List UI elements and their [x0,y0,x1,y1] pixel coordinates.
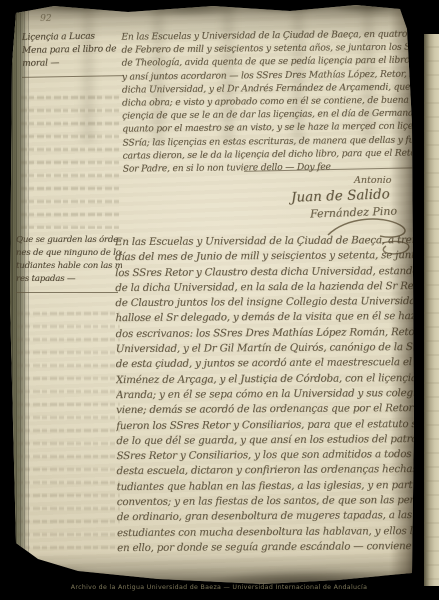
entry-1-text: En las Escuelas y Universidad de la Çiud… [121,27,423,175]
adjacent-page-sliver [424,34,439,586]
margin-note-2: Que se guarden las órde-nes de que ningu… [16,234,122,286]
manuscript-line: desta escuela, dictaron y confirieron la… [116,462,426,479]
manuscript-line: viene; demás se acordó de las ordenanças… [116,401,426,418]
entry-2-text: En las Escuelas y Universidad de la Çiud… [115,233,427,556]
manuscript-line: días del mes de Junio de mill y seisçien… [115,248,425,265]
manuscript-line: de ordinario, gran desenboltura de muger… [117,508,427,525]
archive-watermark: Archivo de la Antigua Universidad de Bae… [58,584,380,591]
manuscript-line: nes de que ninguno de los es- [16,247,122,260]
attestation-name: Antonio [354,175,391,186]
scan-background: 92 Liçençia a LucasMena para el libro de… [0,0,439,600]
margin-rule-2 [16,292,118,293]
ink-bleedthrough-upper [20,87,120,229]
manuscript-page: 92 Liçençia a LucasMena para el libro de… [8,3,422,586]
manuscript-line: tudiantes hable con las muge- [16,260,122,273]
manuscript-line: Que se guarden las órde- [16,234,122,247]
manuscript-line: Mena para el libro de [22,43,126,58]
signature-name: Juan de Salido [291,186,390,205]
margin-note-1: Liçençia a LucasMena para el libro demor… [22,30,127,70]
manuscript-line: de esta çiudad, y juntos se acordó ante … [116,355,426,372]
ink-bleedthrough-lower [16,303,120,555]
fold-shadow-bottom [8,552,422,586]
manuscript-line: en ello, por donde se seguía grande escá… [117,539,427,556]
manuscript-line: moral — [22,56,126,71]
manuscript-line: res tapadas — [16,273,122,286]
folio-number: 92 [40,14,51,24]
